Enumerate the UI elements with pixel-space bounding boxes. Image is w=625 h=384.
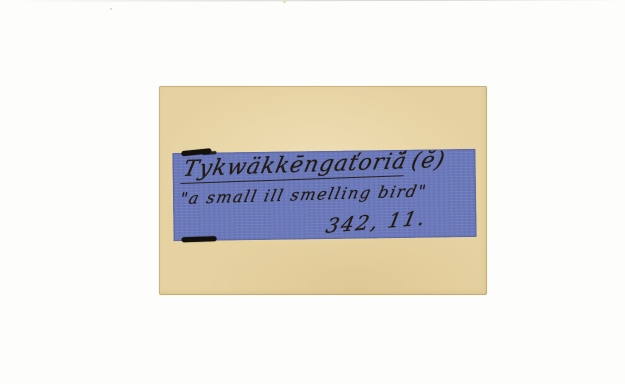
handwritten-term-word: Tykwäkkēngaťoriä́	[180, 149, 409, 184]
handwritten-gloss: "a small ill smelling bird"	[178, 181, 429, 208]
label-slip: Tykwäkkēngaťoriä́(ĕ) "a small ill smelli…	[172, 149, 476, 241]
dust-speck	[283, 1, 286, 3]
handwritten-term: Tykwäkkēngaťoriä́(ĕ)	[181, 148, 448, 182]
handwritten-citation-number: 342, 11.	[324, 206, 429, 238]
dust-speck	[110, 8, 112, 10]
handwritten-term-suffix: (ĕ)	[409, 148, 448, 174]
mount-card: Tykwäkkēngaťoriä́(ĕ) "a small ill smelli…	[159, 86, 487, 295]
archival-scan: Tykwäkkēngaťoriä́(ĕ) "a small ill smelli…	[0, 0, 625, 384]
ink-smudge-top	[202, 151, 216, 155]
scan-edge-line	[0, 0, 625, 2]
ink-smudge-bottom	[182, 236, 217, 242]
